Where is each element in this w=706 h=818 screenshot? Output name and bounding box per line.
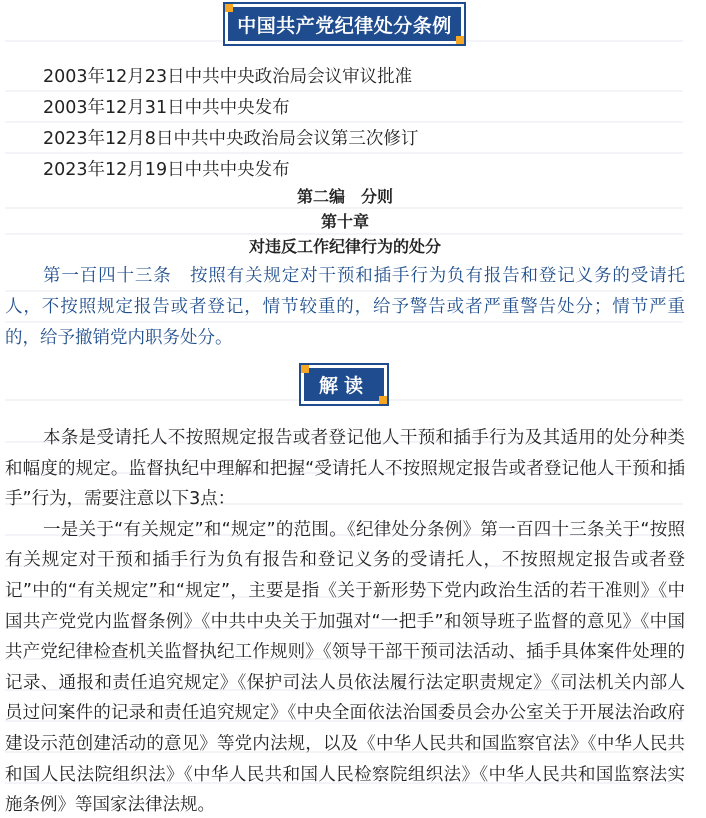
chapter-heading: 第十章 [0,209,690,234]
date-line: 2003年12月23日中共中央政治局会议审议批准 [43,62,418,93]
date-line: 2023年12月19日中共中央发布 [43,155,418,186]
date-line: 2023年12月8日中共中央政治局会议第三次修订 [43,124,418,155]
corner-accent [225,4,233,12]
date-line: 2003年12月31日中共中央发布 [43,93,418,124]
article-143: 第一百四十三条 按照有关规定对干预和插手行为负有报告和登记义务的受请托人，不按照… [5,261,685,354]
interpretation-body: 本条是受请托人不按照规定报告或者登记他人干预和插手行为及其适用的处分种类和幅度的… [5,423,685,818]
interpretation-paragraph: 一是关于“有关规定”和“规定”的范围。《纪律处分条例》第一百四十三条关于“按照有… [5,515,685,818]
document-title-badge: 中国共产党纪律处分条例 [223,2,466,46]
corner-accent [379,396,387,404]
part-heading: 第二编 分则 [0,184,690,209]
section-headings: 第二编 分则 第十章 对违反工作纪律行为的处分 [0,184,690,259]
interpretation-badge: 解读 [299,363,389,406]
interpretation-paragraph: 本条是受请托人不按照规定报告或者登记他人干预和插手行为及其适用的处分种类和幅度的… [5,423,685,515]
corner-accent [456,36,464,44]
issuance-dates: 2003年12月23日中共中央政治局会议审议批准 2003年12月31日中共中央… [43,62,418,186]
corner-accent [301,365,309,373]
article-text: 第一百四十三条 按照有关规定对干预和插手行为负有报告和登记义务的受请托人，不按照… [5,261,685,354]
document-title: 中国共产党纪律处分条例 [228,7,461,41]
chapter-title: 对违反工作纪律行为的处分 [0,234,690,259]
interpretation-label: 解读 [304,368,384,401]
